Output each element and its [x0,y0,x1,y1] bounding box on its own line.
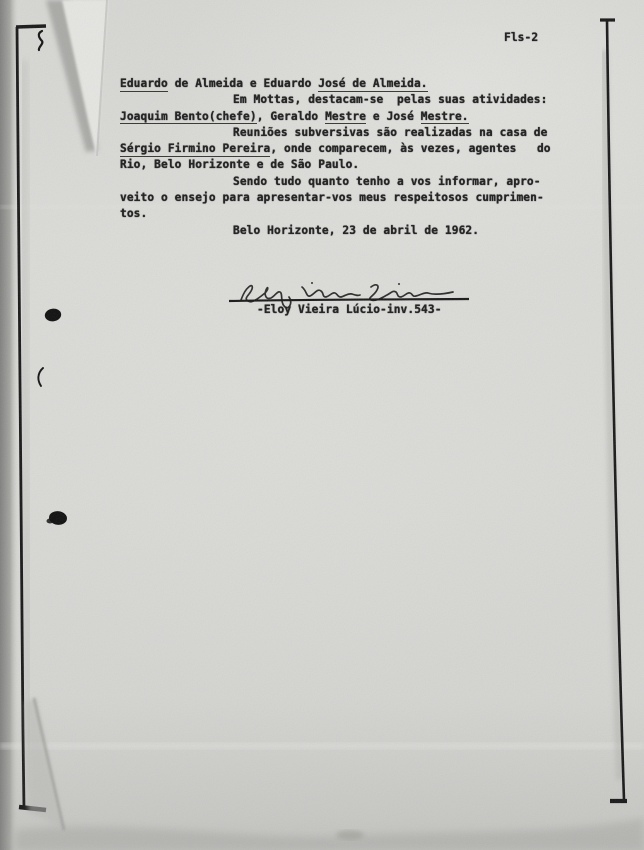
text: , onde comparecem, às vezes, agentes do [270,142,550,155]
typed-line: tos. [120,206,560,222]
text: e José [366,110,421,123]
text: veito o ensejo para apresentar-vos meus … [120,191,544,204]
typed-line: Joaquim Bento(chefe), Geraldo Mestre e J… [120,109,560,125]
underlined-text: Joaquim Bento(chefe) [120,110,257,125]
text: Reuniões subversivas são realizadas na c… [233,126,547,139]
underlined-text: Eduardo [120,77,168,92]
text: Rio, Belo Horizonte e de São Paulo. [120,158,359,171]
text: Belo Horizonte, 23 de abril de 1962. [233,224,479,237]
typed-line: Eduardo de Almeida e Eduardo José de Alm… [120,76,560,92]
typed-line: Sérgio Firmino Pereira, onde comparecem,… [120,141,560,157]
typed-lines: Eduardo de Almeida e Eduardo José de Alm… [120,76,560,239]
typed-line: Reuniões subversivas são realizadas na c… [120,125,560,141]
typed-line: Sendo tudo quanto tenho a vos informar, … [120,174,560,190]
text: tos. [120,207,147,220]
typed-line: Belo Horizonte, 23 de abril de 1962. [120,223,560,239]
signature-typed-name: -Eloy Vieira Lúcio-inv.543- [257,303,442,316]
scanned-document-page: Fls-2 Eduardo de Almeida e Eduardo José … [0,0,644,850]
underlined-text: Sérgio Firmino Pereira [120,142,270,157]
text: Em Mottas, destacam-se pelas suas ativid… [233,93,547,106]
underlined-text: Mestre [325,110,366,125]
text: , Geraldo [257,110,325,123]
text: Sendo tudo quanto tenho a vos informar, … [233,175,541,188]
typed-line: Rio, Belo Horizonte e de São Paulo. [120,157,560,173]
underlined-text: Mestre. [421,110,469,125]
typed-line: Em Mottas, destacam-se pelas suas ativid… [120,92,560,108]
folio-label: Fls-2 [504,31,538,44]
text: de Almeida e Eduardo [168,77,318,90]
underlined-text: José de Almeida. [318,77,427,92]
typed-line: veito o ensejo para apresentar-vos meus … [120,190,560,206]
